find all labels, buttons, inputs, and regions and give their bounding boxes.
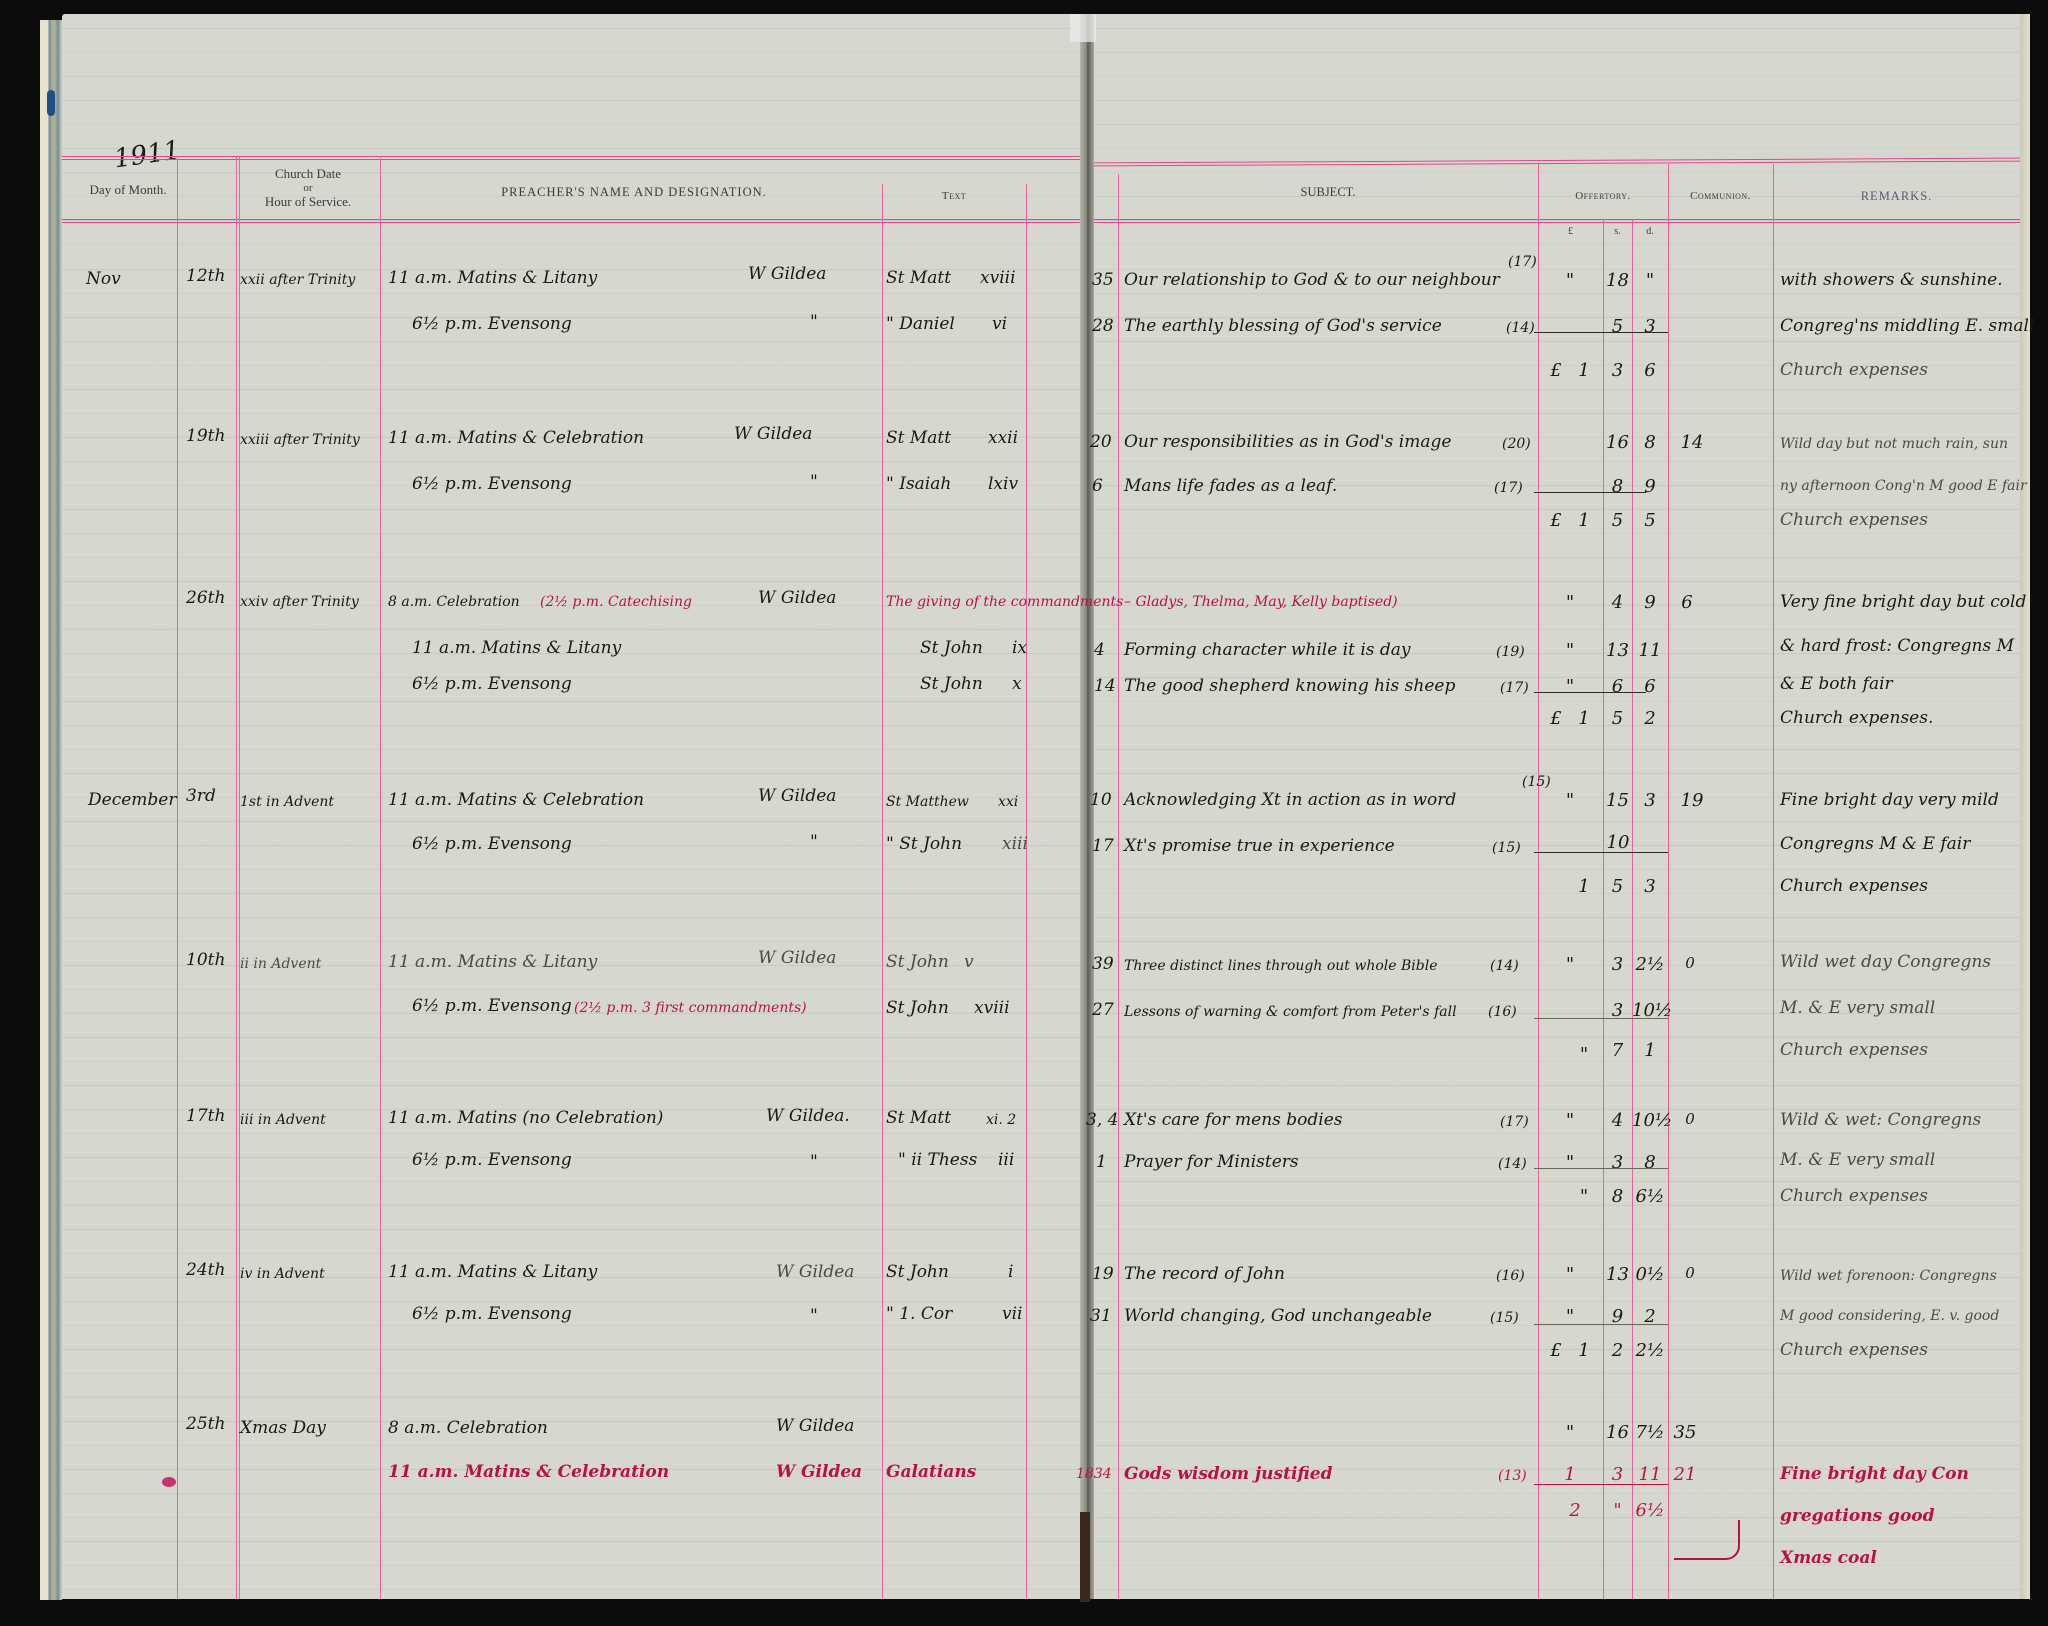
total-pounds: 2 bbox=[1550, 1500, 1600, 1521]
total-pence: 2½ bbox=[1632, 1340, 1668, 1361]
total-shillings: 2 bbox=[1603, 1340, 1632, 1361]
service-text-book: St Matthew bbox=[886, 792, 969, 812]
service-count: (16) bbox=[1496, 1266, 1525, 1286]
service-hour: 6½ p.m. Evensong bbox=[412, 674, 572, 694]
entry-day: 12th bbox=[186, 266, 225, 286]
offertory-shillings: 3 bbox=[1603, 1152, 1632, 1173]
service-preacher: " bbox=[810, 472, 818, 492]
service-hour: 8 a.m. Celebration bbox=[388, 1418, 548, 1438]
offertory-pounds: " bbox=[1540, 954, 1600, 975]
total-shillings: 8 bbox=[1603, 1186, 1632, 1207]
header-shillings: s. bbox=[1603, 224, 1632, 240]
subtotal-rule bbox=[1534, 1168, 1668, 1169]
service-text-book: Galatians bbox=[886, 1462, 976, 1482]
total-pence: 6 bbox=[1632, 360, 1668, 381]
service-text-book: The giving of the commandments bbox=[886, 592, 1123, 612]
communion-count: 19 bbox=[1672, 790, 1712, 811]
service-hour: 11 a.m. Matins & Litany bbox=[388, 268, 597, 288]
service-count: (15) bbox=[1492, 838, 1521, 858]
service-text-chapter: i bbox=[1008, 1262, 1013, 1282]
entry-day: 25th bbox=[186, 1414, 225, 1434]
total-pounds: 1 bbox=[1568, 876, 1600, 897]
remark-line: Congregns M & E fair bbox=[1780, 834, 1970, 854]
service-subject: Mans life fades as a leaf. bbox=[1124, 476, 1337, 496]
communion-count: 6 bbox=[1672, 592, 1702, 613]
col-rule-church-date bbox=[236, 156, 240, 1599]
remark-line: Church expenses bbox=[1780, 1040, 1928, 1060]
service-count: (14) bbox=[1490, 956, 1519, 976]
blue-tab-mark bbox=[47, 90, 55, 116]
service-count: (14) bbox=[1506, 318, 1535, 338]
remark-pointer-stroke bbox=[1674, 1520, 1740, 1560]
service-subject: Forming character while it is day bbox=[1124, 640, 1411, 660]
service-text-chapter: xviii bbox=[980, 268, 1016, 288]
service-hour: 6½ p.m. Evensong bbox=[412, 474, 572, 494]
total-shillings: 5 bbox=[1603, 510, 1632, 531]
service-text-chapter: vii bbox=[1002, 1304, 1022, 1324]
service-preacher: " bbox=[810, 312, 818, 332]
offertory-pounds: " bbox=[1540, 270, 1600, 291]
offertory-pounds: " bbox=[1540, 1264, 1600, 1285]
service-count: (17) bbox=[1500, 1112, 1529, 1132]
page-edge-stack bbox=[40, 20, 62, 1600]
service-text-book: St John bbox=[886, 952, 949, 972]
service-text-book: St Matt bbox=[886, 428, 951, 448]
total-pound-sign: £ bbox=[1544, 510, 1568, 531]
offertory-pence: 6 bbox=[1632, 676, 1668, 697]
total-pence: 6½ bbox=[1632, 1186, 1668, 1207]
offertory-pence: 11 bbox=[1632, 1464, 1668, 1485]
offertory-shillings: 8 bbox=[1603, 476, 1632, 497]
col-rule-text-chapter bbox=[1026, 184, 1027, 1599]
subtotal-rule bbox=[1534, 1018, 1668, 1019]
offertory-pence: 3 bbox=[1632, 790, 1668, 811]
total-pounds: " bbox=[1568, 1044, 1600, 1065]
offertory-pounds: " bbox=[1540, 676, 1600, 697]
service-subject: World changing, God unchangeable bbox=[1124, 1306, 1432, 1326]
offertory-shillings: 6 bbox=[1603, 676, 1632, 697]
service-text-chapter: xxi bbox=[998, 792, 1018, 812]
remark-line: M good considering, E. v. good bbox=[1780, 1306, 1999, 1326]
service-text-book: " St John bbox=[886, 834, 962, 854]
offertory-pounds: " bbox=[1540, 592, 1600, 613]
remark-line: Wild & wet: Congregns bbox=[1780, 1110, 1981, 1130]
offertory-pence: 2½ bbox=[1632, 954, 1668, 975]
col-rule-shillings bbox=[1603, 220, 1604, 1599]
service-preacher: W Gildea bbox=[748, 264, 826, 284]
header-subject: SUBJECT. bbox=[1118, 184, 1538, 200]
service-hour: 6½ p.m. Evensong bbox=[412, 1304, 572, 1324]
service-subject: The record of John bbox=[1124, 1264, 1285, 1284]
service-hour: 11 a.m. Matins & Celebration bbox=[388, 790, 644, 810]
entry-church-date: iv in Advent bbox=[240, 1264, 325, 1284]
service-count: (17) bbox=[1500, 678, 1529, 698]
service-verse: 14 bbox=[1094, 676, 1116, 696]
service-verse: 1834 bbox=[1076, 1464, 1112, 1484]
header-day-of-month: Day of Month. bbox=[80, 182, 176, 198]
offertory-shillings: 4 bbox=[1603, 1110, 1632, 1131]
communion-count: 0 bbox=[1680, 1110, 1700, 1128]
header-church-date-line3: Hour of Service. bbox=[236, 194, 380, 210]
binding-thread bbox=[1080, 1512, 1090, 1602]
service-text-chapter: xxii bbox=[988, 428, 1018, 448]
service-verse: 35 bbox=[1092, 270, 1114, 290]
total-pounds: 1 bbox=[1568, 1340, 1600, 1361]
service-text-chapter: iii bbox=[998, 1150, 1014, 1170]
entry-month: December bbox=[88, 790, 176, 810]
total-shillings: 3 bbox=[1603, 360, 1632, 381]
col-rule-day bbox=[177, 156, 178, 1599]
header-pounds: £ bbox=[1538, 224, 1603, 240]
offertory-pence: 0½ bbox=[1632, 1264, 1668, 1285]
service-count: (14) bbox=[1498, 1154, 1527, 1174]
total-pound-sign: £ bbox=[1544, 360, 1568, 381]
total-pounds: 1 bbox=[1568, 708, 1600, 729]
service-text-book: " Daniel bbox=[886, 314, 955, 334]
header-preacher: PREACHER'S NAME AND DESIGNATION. bbox=[384, 184, 884, 200]
service-hour: 6½ p.m. Evensong bbox=[412, 996, 572, 1016]
service-subject: Xt's promise true in experience bbox=[1124, 836, 1395, 856]
service-hour: 6½ p.m. Evensong bbox=[412, 1150, 572, 1170]
offertory-pounds: " bbox=[1540, 640, 1600, 661]
service-verse: 19 bbox=[1092, 1264, 1114, 1284]
service-text-book: St John bbox=[920, 674, 983, 694]
subtotal-rule bbox=[1534, 492, 1646, 493]
service-verse: 17 bbox=[1092, 836, 1114, 856]
remark-line: & E both fair bbox=[1780, 674, 1893, 694]
service-subject: Gods wisdom justified bbox=[1124, 1464, 1332, 1484]
service-hour: 11 a.m. Matins & Litany bbox=[388, 1262, 597, 1282]
remark-line: Wild wet day Congregns bbox=[1780, 952, 1991, 972]
total-shillings: 7 bbox=[1603, 1040, 1632, 1061]
service-hour: 8 a.m. Celebration bbox=[388, 592, 520, 612]
entry-church-date: xxiv after Trinity bbox=[240, 592, 359, 612]
service-preacher: " bbox=[810, 1152, 818, 1172]
offertory-shillings: 3 bbox=[1603, 954, 1632, 975]
service-text-chapter: vi bbox=[992, 314, 1007, 334]
service-subject: Xt's care for mens bodies bbox=[1124, 1110, 1343, 1130]
service-verse: 4 bbox=[1094, 640, 1105, 660]
service-preacher: W Gildea bbox=[776, 1462, 862, 1482]
service-text-book: " Isaiah bbox=[886, 474, 951, 494]
service-text-chapter: xi. 2 bbox=[986, 1110, 1016, 1130]
service-count: (15) bbox=[1522, 772, 1551, 792]
entry-day: 26th bbox=[186, 588, 225, 608]
col-rule-text bbox=[882, 184, 883, 1599]
offertory-pence: 10½ bbox=[1632, 1110, 1668, 1131]
col-rule-subject bbox=[1118, 174, 1119, 1599]
service-hour: 11 a.m. Matins & Celebration bbox=[388, 1462, 669, 1482]
remark-line: & hard frost: Congregns M bbox=[1780, 636, 2014, 656]
offertory-shillings: 16 bbox=[1603, 1422, 1632, 1443]
offertory-shillings: 13 bbox=[1603, 1264, 1632, 1285]
remark-line: Fine bright day Con bbox=[1780, 1464, 1969, 1484]
offertory-pence: 9 bbox=[1632, 476, 1668, 497]
entry-church-date: 1st in Advent bbox=[240, 792, 334, 812]
service-subject: Three distinct lines through out whole B… bbox=[1124, 956, 1437, 976]
offertory-pounds: " bbox=[1540, 1110, 1600, 1131]
service-subject: – Gladys, Thelma, May, Kelly baptised) bbox=[1124, 592, 1398, 612]
remark-line: Church expenses bbox=[1780, 1340, 1928, 1360]
entry-church-date: iii in Advent bbox=[240, 1110, 326, 1130]
service-verse: 28 bbox=[1092, 316, 1114, 336]
offertory-shillings: 13 bbox=[1603, 640, 1632, 661]
total-pound-sign: £ bbox=[1544, 708, 1568, 729]
header-top-rule bbox=[62, 156, 1080, 160]
header-communion: Communion. bbox=[1668, 188, 1773, 204]
service-verse: 6 bbox=[1092, 476, 1103, 496]
offertory-shillings: 10 bbox=[1598, 832, 1638, 853]
service-text-book: " 1. Cor bbox=[886, 1304, 952, 1324]
col-rule-communion bbox=[1668, 164, 1669, 1599]
subtotal-rule bbox=[1534, 852, 1668, 853]
service-text-chapter: xviii bbox=[974, 998, 1010, 1018]
header-bottom-rule bbox=[62, 219, 1080, 223]
total-shillings: 5 bbox=[1603, 876, 1632, 897]
right-page-edge bbox=[2020, 14, 2030, 1599]
total-pounds: " bbox=[1568, 1186, 1600, 1207]
subtotal-rule bbox=[1534, 332, 1668, 333]
offertory-shillings: 3 bbox=[1603, 1464, 1632, 1485]
communion-count: 0 bbox=[1680, 954, 1700, 972]
service-preacher: W Gildea. bbox=[766, 1106, 850, 1126]
offertory-pence: 8 bbox=[1632, 432, 1668, 453]
total-shillings: " bbox=[1603, 1500, 1632, 1521]
offertory-pence: " bbox=[1632, 270, 1668, 291]
remark-line: gregations good bbox=[1780, 1506, 1935, 1526]
service-text-book: St Matt bbox=[886, 268, 951, 288]
service-text-chapter: v bbox=[964, 952, 974, 972]
col-rule-service bbox=[380, 156, 381, 1599]
offertory-pounds: " bbox=[1540, 790, 1600, 811]
header-offertory: Offertory. bbox=[1538, 188, 1668, 204]
service-text-chapter: xiii bbox=[1002, 834, 1028, 854]
service-preacher: W Gildea bbox=[758, 948, 836, 968]
header-bottom-rule-right bbox=[1094, 219, 2020, 223]
service-hour-note: (2½ p.m. 3 first commandments) bbox=[574, 998, 807, 1018]
offertory-pounds: " bbox=[1540, 1422, 1600, 1443]
remark-line: Congreg'ns middling E. small bbox=[1780, 316, 2034, 336]
service-preacher: " bbox=[810, 832, 818, 852]
col-rule-remarks bbox=[1773, 164, 1774, 1599]
service-hour: 6½ p.m. Evensong bbox=[412, 834, 572, 854]
service-verse: 3, 4 bbox=[1086, 1110, 1118, 1130]
communion-count: 21 bbox=[1668, 1464, 1702, 1485]
service-subject: The good shepherd knowing his sheep bbox=[1124, 676, 1455, 696]
remark-line: Wild day but not much rain, sun bbox=[1780, 434, 2008, 454]
service-subject: Lessons of warning & comfort from Peter'… bbox=[1124, 1002, 1457, 1022]
col-rule-pence bbox=[1632, 220, 1633, 1599]
remark-line: with showers & sunshine. bbox=[1780, 270, 2003, 290]
service-hour: 11 a.m. Matins & Litany bbox=[412, 638, 621, 658]
remark-line: Fine bright day very mild bbox=[1780, 790, 1999, 810]
communion-count: 35 bbox=[1668, 1422, 1702, 1443]
remark-line: Church expenses bbox=[1780, 876, 1928, 896]
service-subject: The earthly blessing of God's service bbox=[1124, 316, 1442, 336]
total-pence: 5 bbox=[1632, 510, 1668, 531]
total-pound-sign: £ bbox=[1544, 1340, 1568, 1361]
binding-tape bbox=[1070, 14, 1096, 42]
header-remarks: REMARKS. bbox=[1773, 188, 2020, 204]
header-church-date-line1: Church Date bbox=[236, 166, 380, 182]
service-text-book: St John bbox=[886, 1262, 949, 1282]
col-rule-offertory bbox=[1538, 164, 1539, 1599]
service-verse: 1 bbox=[1096, 1152, 1107, 1172]
offertory-pounds: 1 bbox=[1540, 1464, 1600, 1485]
total-pounds: 1 bbox=[1568, 510, 1600, 531]
service-text-book: St John bbox=[920, 638, 983, 658]
service-text-chapter: x bbox=[1012, 674, 1022, 694]
offertory-pence: 7½ bbox=[1632, 1422, 1668, 1443]
service-subject: Prayer for Ministers bbox=[1124, 1152, 1299, 1172]
service-preacher: W Gildea bbox=[758, 588, 836, 608]
offertory-shillings: 4 bbox=[1603, 592, 1632, 613]
remark-line: ny afternoon Cong'n M good E fair bbox=[1780, 476, 2027, 496]
remark-line: Church expenses bbox=[1780, 1186, 1928, 1206]
service-hour: 6½ p.m. Evensong bbox=[412, 314, 572, 334]
service-verse: 39 bbox=[1092, 954, 1114, 974]
red-ink-blot bbox=[162, 1477, 176, 1487]
service-verse: 31 bbox=[1090, 1306, 1112, 1326]
service-preacher: W Gildea bbox=[734, 424, 812, 444]
entry-church-date: Xmas Day bbox=[240, 1418, 326, 1438]
entry-day: 19th bbox=[186, 426, 225, 446]
service-count: (13) bbox=[1498, 1466, 1527, 1486]
offertory-shillings: 18 bbox=[1603, 270, 1632, 291]
service-count: (20) bbox=[1502, 434, 1531, 454]
service-hour-note: (2½ p.m. Catechising bbox=[540, 592, 692, 612]
service-verse: 20 bbox=[1090, 432, 1112, 452]
subtotal-rule bbox=[1534, 1484, 1668, 1485]
offertory-pence: 3 bbox=[1632, 316, 1668, 337]
offertory-shillings: 5 bbox=[1603, 316, 1632, 337]
service-preacher: W Gildea bbox=[776, 1416, 854, 1436]
subtotal-rule bbox=[1534, 692, 1646, 693]
service-text-book: " ii Thess bbox=[898, 1150, 977, 1170]
total-pounds: 1 bbox=[1568, 360, 1600, 381]
header-text: Text bbox=[882, 188, 1026, 204]
offertory-pounds: " bbox=[1540, 1152, 1600, 1173]
service-subject: Our relationship to God & to our neighbo… bbox=[1124, 270, 1500, 290]
total-shillings: 5 bbox=[1603, 708, 1632, 729]
service-text-chapter: ix bbox=[1012, 638, 1027, 658]
header-pence: d. bbox=[1632, 224, 1668, 240]
total-pence: 3 bbox=[1632, 876, 1668, 897]
offertory-pence: 11 bbox=[1632, 640, 1668, 661]
service-subject: Our responsibilities as in God's image bbox=[1124, 432, 1451, 452]
total-pence: 2 bbox=[1632, 708, 1668, 729]
remark-line: Very fine bright day but cold bbox=[1780, 592, 2026, 612]
remark-line: Church expenses bbox=[1780, 360, 1928, 380]
service-preacher: W Gildea bbox=[758, 786, 836, 806]
open-register-book: 1911 Day of Month. Church Date or Hour o… bbox=[40, 14, 2030, 1616]
service-verse: 27 bbox=[1092, 1000, 1114, 1020]
service-hour: 11 a.m. Matins & Celebration bbox=[388, 428, 644, 448]
entry-day: 3rd bbox=[186, 786, 216, 806]
communion-count: 14 bbox=[1672, 432, 1712, 453]
remark-line: Church expenses. bbox=[1780, 708, 1933, 728]
total-pence: 6½ bbox=[1632, 1500, 1668, 1521]
remark-line: Xmas coal bbox=[1780, 1548, 1877, 1568]
entry-church-date: xxii after Trinity bbox=[240, 270, 355, 290]
service-hour: 11 a.m. Matins & Litany bbox=[388, 952, 597, 972]
service-count: (16) bbox=[1488, 1002, 1517, 1022]
communion-count: 0 bbox=[1680, 1264, 1700, 1282]
service-text-chapter: lxiv bbox=[988, 474, 1018, 494]
service-preacher: W Gildea bbox=[776, 1262, 854, 1282]
entry-month: Nov bbox=[86, 269, 121, 289]
offertory-pence: 9 bbox=[1632, 592, 1668, 613]
entry-day: 10th bbox=[186, 950, 225, 970]
entry-church-date: xxiii after Trinity bbox=[240, 430, 360, 450]
entry-day: 24th bbox=[186, 1260, 225, 1280]
entry-day: 17th bbox=[186, 1106, 225, 1126]
service-text-book: St Matt bbox=[886, 1108, 951, 1128]
remark-line: M. & E very small bbox=[1780, 998, 1935, 1018]
service-count: (17) bbox=[1494, 478, 1523, 498]
offertory-pence: 8 bbox=[1632, 1152, 1668, 1173]
header-church-date: Church Date or Hour of Service. bbox=[236, 166, 380, 210]
total-pence: 1 bbox=[1632, 1040, 1668, 1061]
remark-line: M. & E very small bbox=[1780, 1150, 1935, 1170]
service-text-book: St John bbox=[886, 998, 949, 1018]
service-count: (17) bbox=[1508, 252, 1537, 272]
service-count: (19) bbox=[1496, 642, 1525, 662]
entry-church-date: ii in Advent bbox=[240, 954, 321, 974]
offertory-shillings: 16 bbox=[1603, 432, 1632, 453]
header-church-date-line2: or bbox=[236, 182, 380, 194]
service-count: (15) bbox=[1490, 1308, 1519, 1328]
subtotal-rule bbox=[1534, 1324, 1668, 1325]
service-preacher: " bbox=[810, 1306, 818, 1326]
remark-line: Church expenses bbox=[1780, 510, 1928, 530]
offertory-shillings: 15 bbox=[1603, 790, 1632, 811]
service-subject: Acknowledging Xt in action as in word bbox=[1124, 790, 1456, 810]
service-verse: 10 bbox=[1090, 790, 1112, 810]
remark-line: Wild wet forenoon: Congregns bbox=[1780, 1266, 1997, 1286]
service-hour: 11 a.m. Matins (no Celebration) bbox=[388, 1108, 663, 1128]
